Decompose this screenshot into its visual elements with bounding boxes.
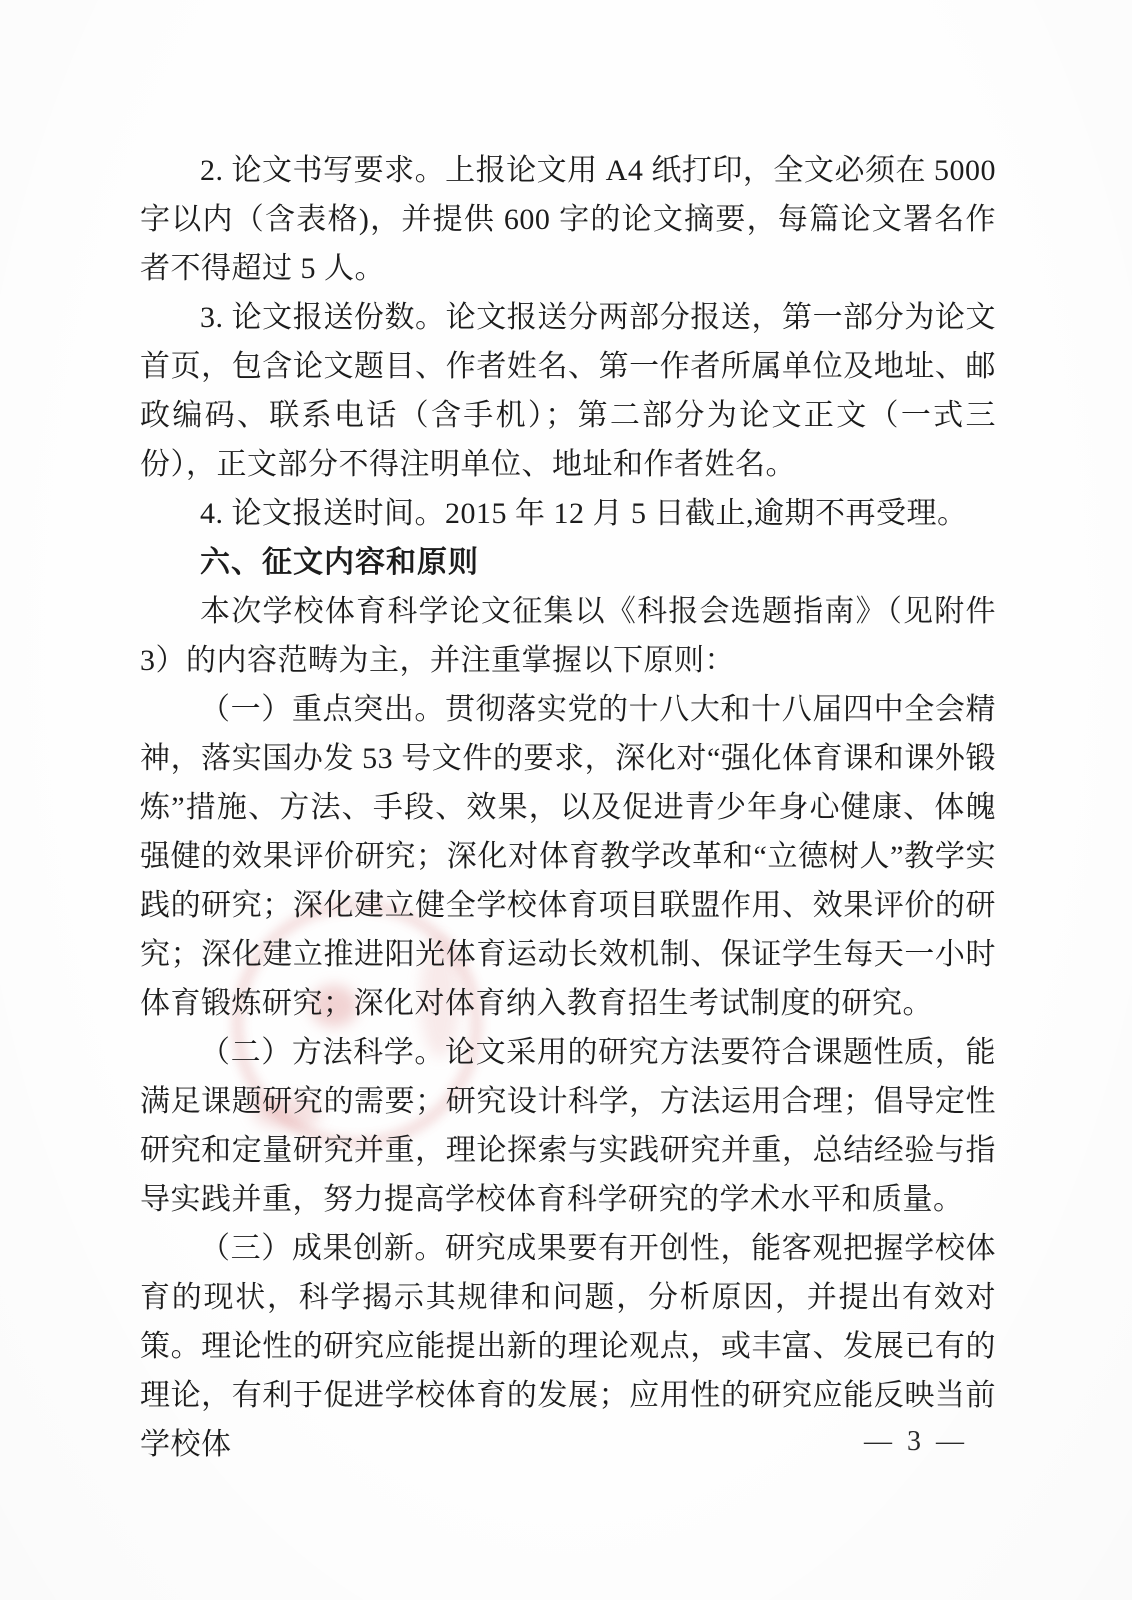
page-number: — 3 —	[836, 1426, 996, 1458]
numbered-item-2: 2. 论文书写要求。上报论文用 A4 纸打印，全文必须在 5000 字以内（含表…	[140, 146, 996, 293]
section-heading-6: 六、征文内容和原则	[140, 538, 996, 587]
numbered-item-3: 3. 论文报送份数。论文报送分两部分报送，第一部分为论文首页，包含论文题目、作者…	[140, 293, 996, 489]
principle-2-paragraph: （二）方法科学。论文采用的研究方法要符合课题性质，能满足课题研究的需要；研究设计…	[140, 1028, 996, 1224]
section-intro-paragraph: 本次学校体育科学论文征集以《科报会选题指南》（见附件 3）的内容范畴为主，并注重…	[140, 587, 996, 685]
document-body: 2. 论文书写要求。上报论文用 A4 纸打印，全文必须在 5000 字以内（含表…	[140, 146, 996, 1469]
numbered-item-4: 4. 论文报送时间。2015 年 12 月 5 日截止,逾期不再受理。	[140, 489, 996, 538]
scanned-document-page: 2. 论文书写要求。上报论文用 A4 纸打印，全文必须在 5000 字以内（含表…	[0, 0, 1132, 1600]
principle-1-paragraph: （一）重点突出。贯彻落实党的十八大和十八届四中全会精神，落实国办发 53 号文件…	[140, 685, 996, 1028]
